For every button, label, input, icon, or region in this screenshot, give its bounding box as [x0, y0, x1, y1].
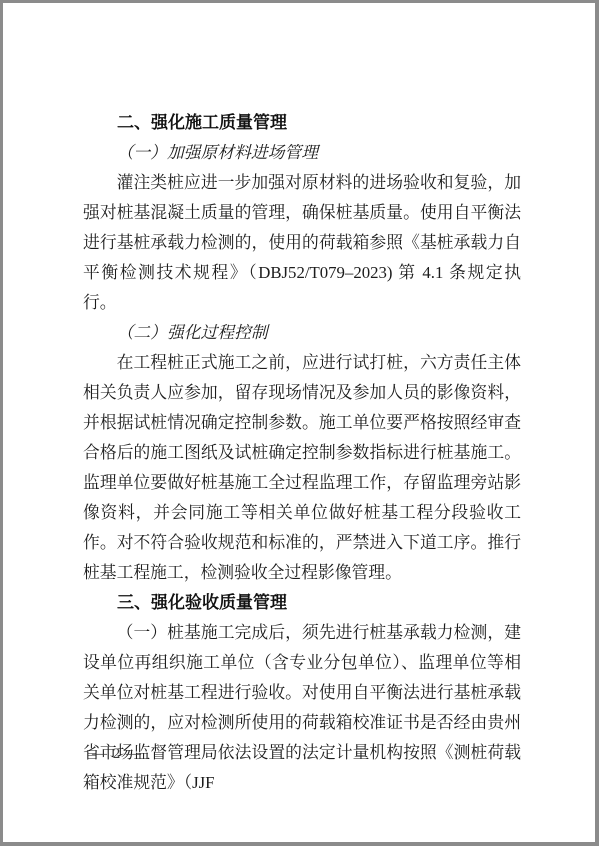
- subsection-heading-raw-materials: （一）加强原材料进场管理: [83, 138, 521, 168]
- section-heading-construction-quality: 二、强化施工质量管理: [83, 108, 521, 138]
- section-heading-acceptance-quality: 三、强化验收质量管理: [83, 588, 521, 618]
- page-number: — 2 —: [92, 743, 142, 765]
- body-paragraph-process-control: 在工程桩正式施工之前，应进行试打桩，六方责任主体相关负责人应参加，留存现场情况及…: [83, 348, 521, 588]
- document-body: 二、强化施工质量管理 （一）加强原材料进场管理 灌注类桩应进一步加强对原材料的进…: [83, 108, 521, 798]
- subsection-heading-process-control: （二）强化过程控制: [83, 318, 521, 348]
- body-paragraph-acceptance: （一）桩基施工完成后，须先进行桩基承载力检测，建设单位再组织施工单位（含专业分包…: [83, 618, 521, 798]
- document-page: 二、强化施工质量管理 （一）加强原材料进场管理 灌注类桩应进一步加强对原材料的进…: [0, 0, 599, 846]
- body-paragraph-raw-materials: 灌注类桩应进一步加强对原材料的进场验收和复验，加强对桩基混凝土质量的管理，确保桩…: [83, 168, 521, 318]
